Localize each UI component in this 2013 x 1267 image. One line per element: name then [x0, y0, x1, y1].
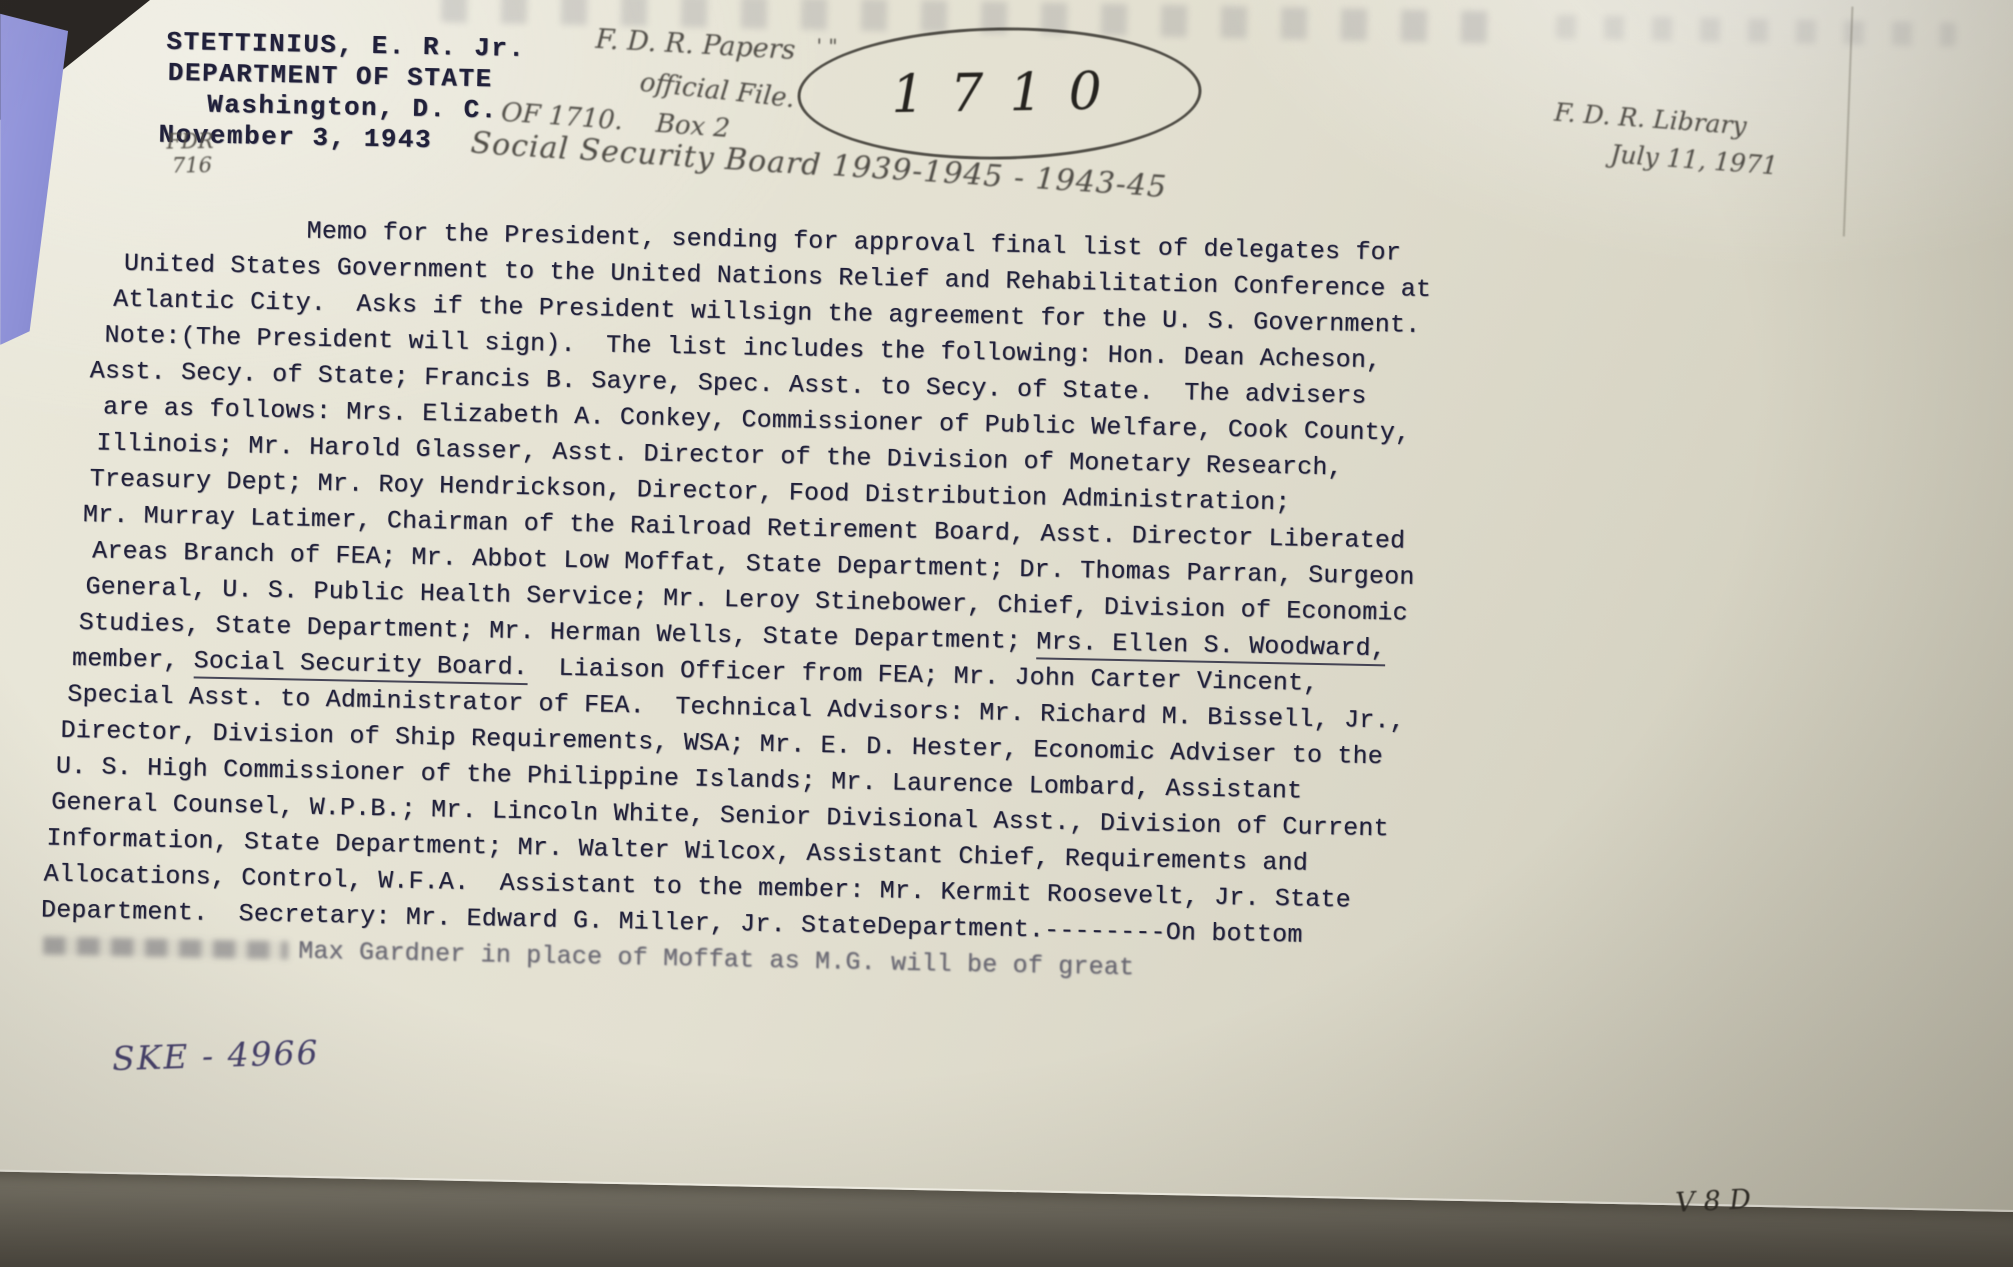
index-card: STETTINIUS, E. R. Jr.DEPARTMENT OF STATE…	[0, 0, 2013, 1213]
circled-number-text: 1710	[871, 62, 1128, 126]
pencil-note-library-date: July 11, 1971	[1610, 139, 1779, 180]
card-content: STETTINIUS, E. R. Jr.DEPARTMENT OF STATE…	[0, 0, 2013, 1211]
text-segment: Washington, D. C.	[207, 90, 498, 126]
pencil-note-papers: F. D. R. Papers	[595, 24, 797, 66]
underlined-text: Social Security Board.	[193, 646, 528, 685]
pencil-note-fdr: FDR	[166, 129, 214, 154]
circled-file-number: 1710	[797, 25, 1203, 163]
pencil-note-library: F. D. R. Library	[1553, 98, 1747, 141]
pencil-note-number: 716	[172, 153, 212, 178]
pen-code-bottom-left: SKE - 4966	[111, 1033, 320, 1079]
text-segment: member,	[72, 644, 194, 675]
pencil-note-official-file: official File.	[638, 68, 796, 115]
typed-body: Memo for the President, sending for appr…	[40, 209, 1655, 997]
stray-tick-marks: ' "	[816, 34, 838, 58]
ink-code-bottom-right: V 8 D	[1675, 1184, 1752, 1219]
archive-photo: { "photo": { "card_color": "#e3e0d1", "b…	[0, 0, 2013, 1267]
bleed-through-smudge	[1556, 15, 1956, 47]
